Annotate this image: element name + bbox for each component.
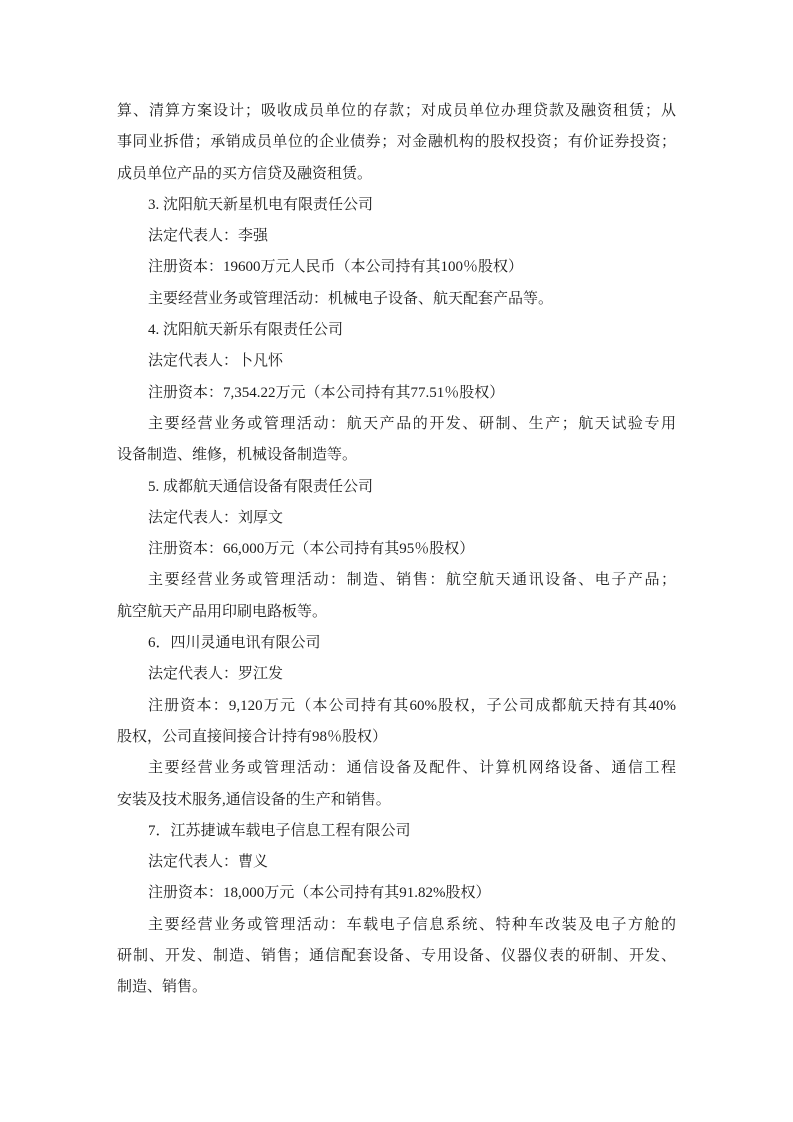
company-7-heading: 7．江苏捷诚车载电子信息工程有限公司 [117,816,676,847]
company-5-business-line-1: 主要经营业务或管理活动：制造、销售：航空航天通讯设备、电子产品； [117,565,676,596]
company-6-capital-line-2: 股权，公司直接间接合计持有98％股权） [117,722,676,753]
intro-continuation-line-3: 成员单位产品的买方信贷及融资租赁。 [117,159,676,190]
company-5-capital: 注册资本：66,000万元（本公司持有其95％股权） [117,534,676,565]
company-6-legal-rep: 法定代表人：罗江发 [117,659,676,690]
document-page: 算、清算方案设计；吸收成员单位的存款；对成员单位办理贷款及融资租赁；从 事同业拆… [0,0,793,1122]
company-7-capital: 注册资本：18,000万元（本公司持有其91.82%股权） [117,878,676,909]
company-7-business-line-3: 制造、销售。 [117,972,676,1003]
company-7-legal-rep: 法定代表人：曹义 [117,847,676,878]
company-7-business-line-2: 研制、开发、制造、销售；通信配套设备、专用设备、仪器仪表的研制、开发、 [117,941,676,972]
company-6-section: 6．四川灵通电讯有限公司 法定代表人：罗江发 注册资本：9,120万元（本公司持… [117,628,676,816]
company-4-business-line-2: 设备制造、维修，机械设备制造等。 [117,440,676,471]
company-5-heading: 5. 成都航天通信设备有限责任公司 [117,472,676,503]
intro-continuation-line-1: 算、清算方案设计；吸收成员单位的存款；对成员单位办理贷款及融资租赁；从 [117,96,676,127]
company-7-business-line-1: 主要经营业务或管理活动：车载电子信息系统、特种车改装及电子方舱的 [117,910,676,941]
company-3-section: 3. 沈阳航天新星机电有限责任公司 法定代表人：李强 注册资本：19600万元人… [117,190,676,315]
company-3-legal-rep: 法定代表人：李强 [117,221,676,252]
company-6-heading: 6．四川灵通电讯有限公司 [117,628,676,659]
company-4-business-line-1: 主要经营业务或管理活动：航天产品的开发、研制、生产；航天试验专用 [117,409,676,440]
company-5-section: 5. 成都航天通信设备有限责任公司 法定代表人：刘厚文 注册资本：66,000万… [117,472,676,628]
company-5-business-line-2: 航空航天产品用印刷电路板等。 [117,597,676,628]
company-6-business-line-2: 安装及技术服务,通信设备的生产和销售。 [117,785,676,816]
company-3-business-line-1: 主要经营业务或管理活动：机械电子设备、航天配套产品等。 [117,284,676,315]
company-4-capital: 注册资本：7,354.22万元（本公司持有其77.51％股权） [117,378,676,409]
company-4-legal-rep: 法定代表人：卜凡怀 [117,346,676,377]
company-4-heading: 4. 沈阳航天新乐有限责任公司 [117,315,676,346]
intro-continuation-line-2: 事同业拆借；承销成员单位的企业债券；对金融机构的股权投资；有价证券投资； [117,127,676,158]
intro-continuation-paragraph: 算、清算方案设计；吸收成员单位的存款；对成员单位办理贷款及融资租赁；从 事同业拆… [117,96,676,190]
company-5-legal-rep: 法定代表人：刘厚文 [117,503,676,534]
company-6-business-line-1: 主要经营业务或管理活动：通信设备及配件、计算机网络设备、通信工程 [117,753,676,784]
company-3-heading: 3. 沈阳航天新星机电有限责任公司 [117,190,676,221]
company-7-section: 7．江苏捷诚车载电子信息工程有限公司 法定代表人：曹义 注册资本：18,000万… [117,816,676,1004]
company-4-section: 4. 沈阳航天新乐有限责任公司 法定代表人：卜凡怀 注册资本：7,354.22万… [117,315,676,471]
company-6-capital-line-1: 注册资本：9,120万元（本公司持有其60%股权，子公司成都航天持有其40% [117,691,676,722]
company-3-capital: 注册资本：19600万元人民币（本公司持有其100％股权） [117,252,676,283]
